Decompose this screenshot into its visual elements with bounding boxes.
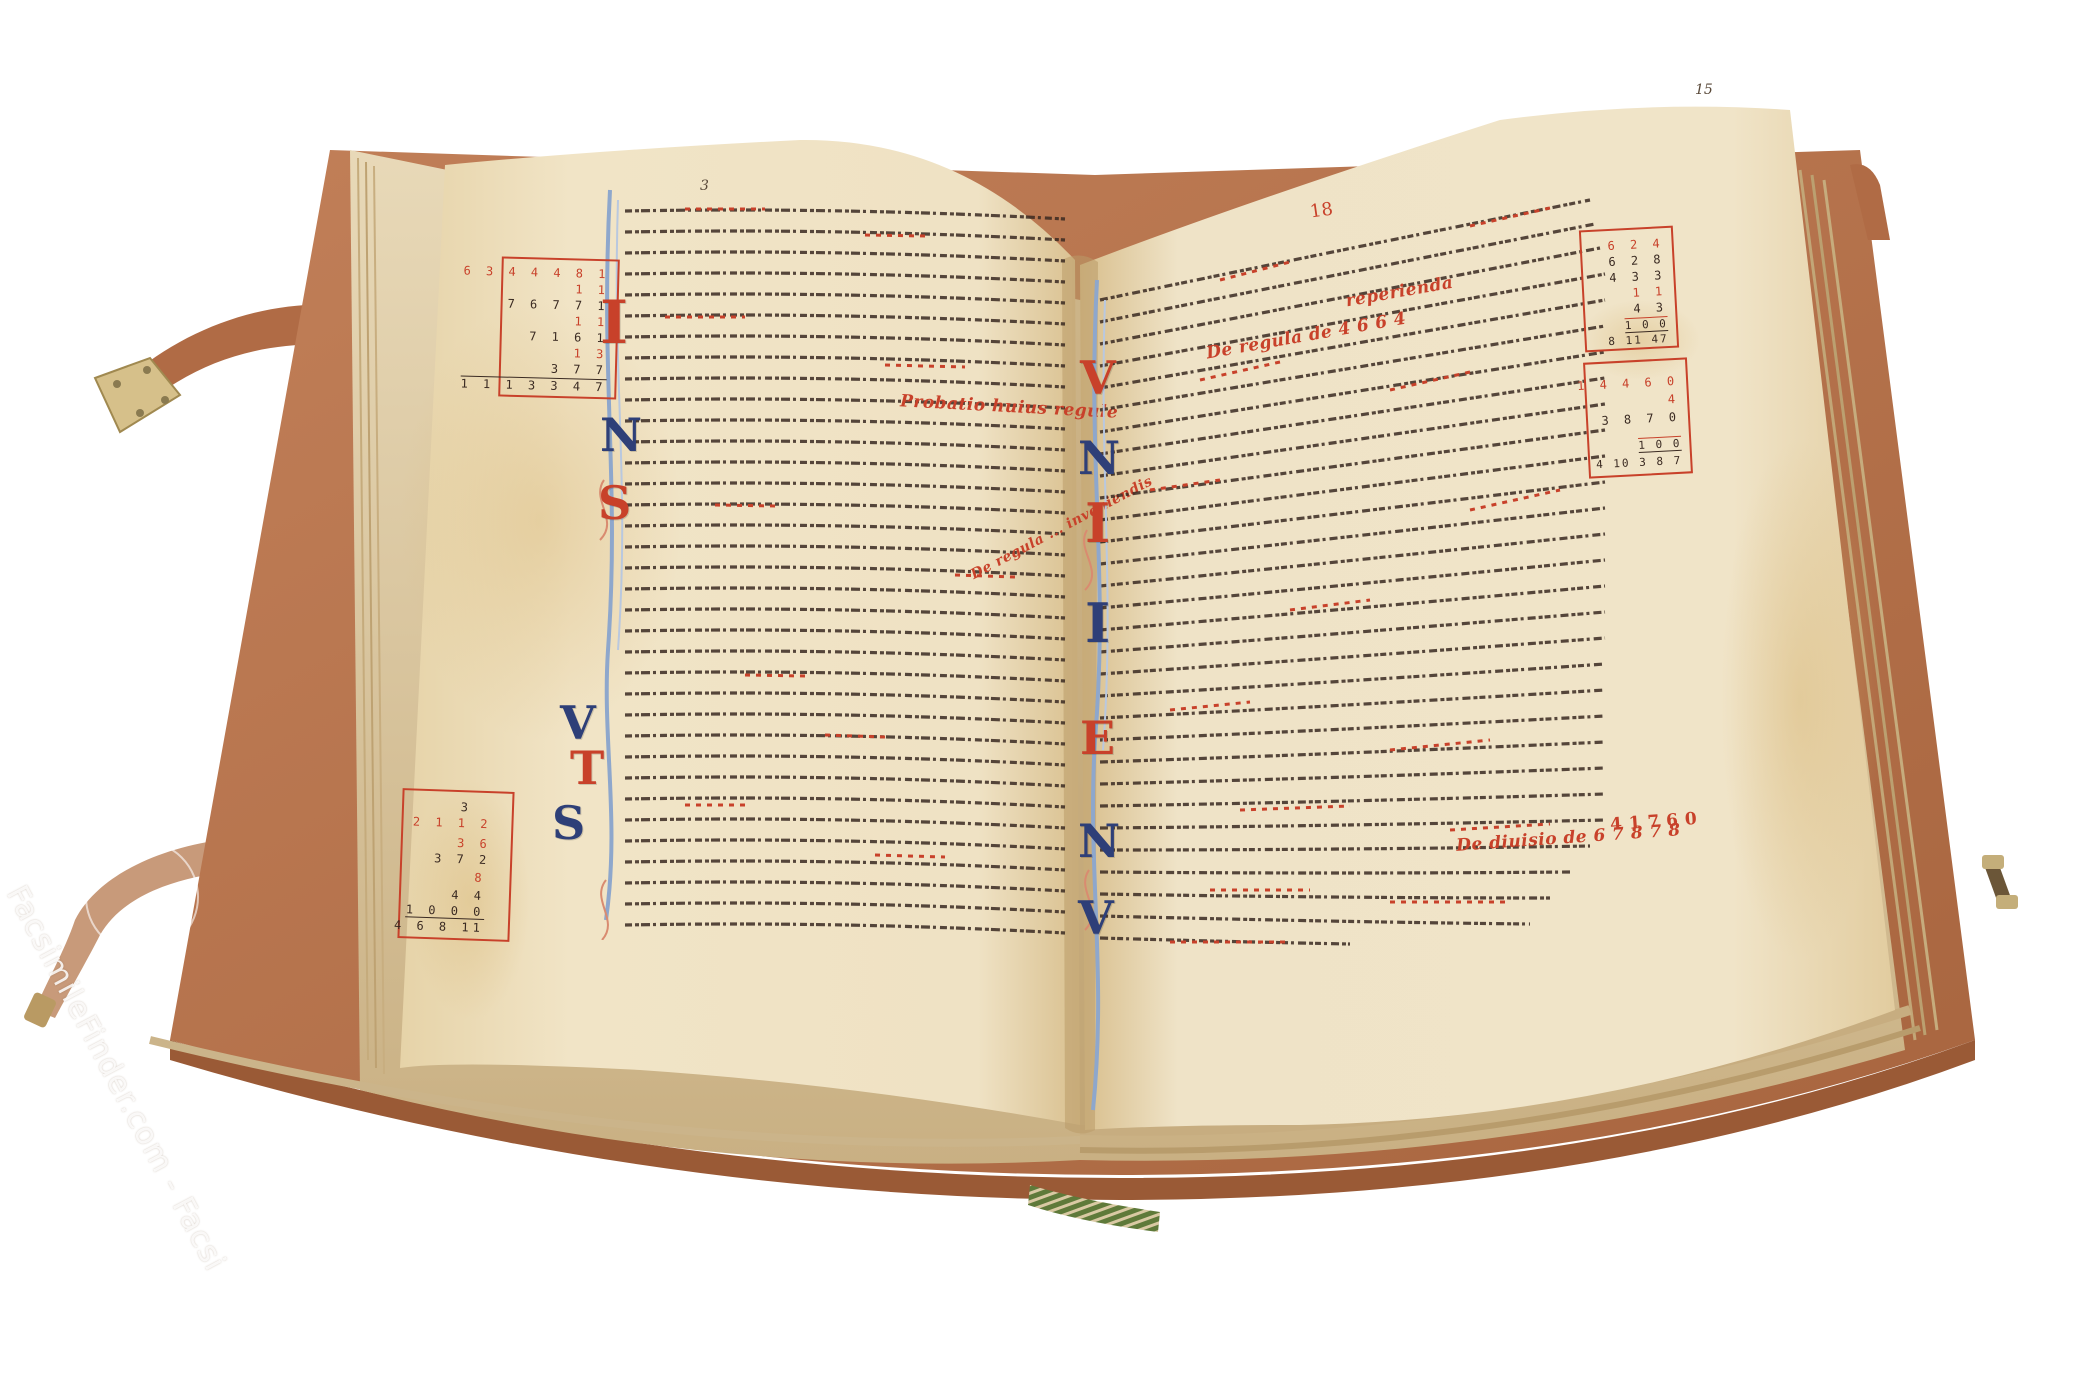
manuscript-photo: 3 [0, 0, 2100, 1400]
book-illustration [0, 0, 2100, 1400]
